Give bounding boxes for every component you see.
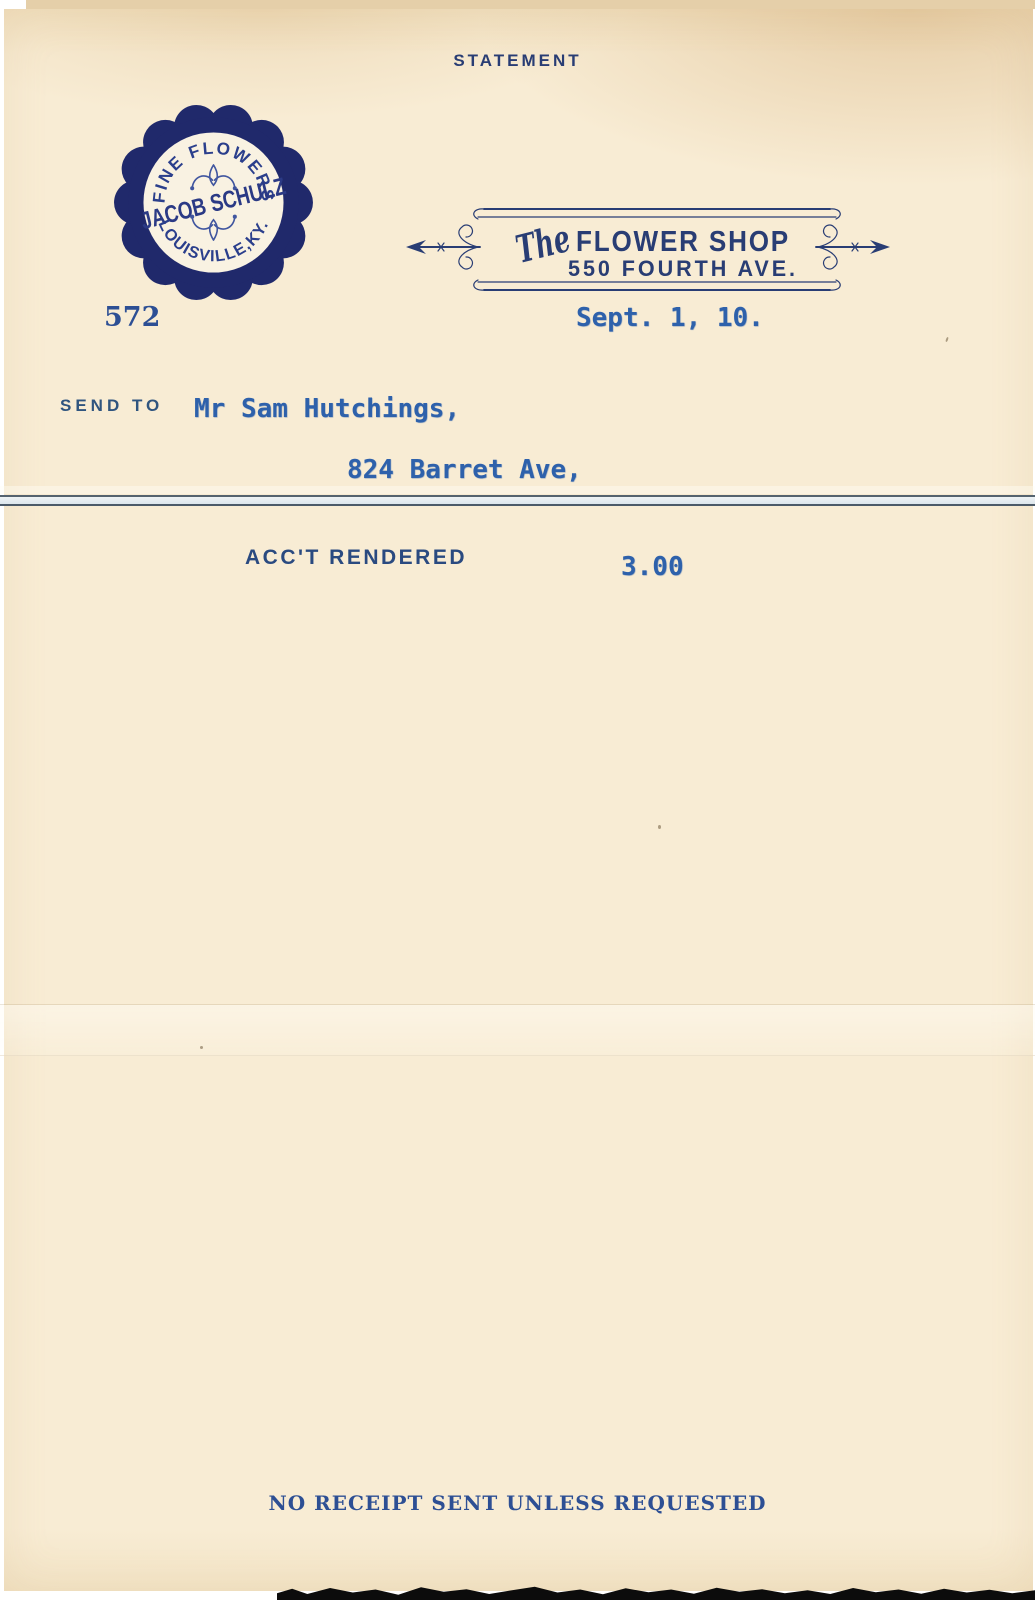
paper-speck (200, 1046, 203, 1049)
recipient-address: 824 Barret Ave, (347, 455, 582, 485)
send-to-label: SEND TO (60, 396, 163, 416)
account-rendered-label: ACC'T RENDERED (245, 546, 467, 570)
banner-shop-name: FLOWER SHOP (576, 226, 790, 258)
banner-shop-address: 550 FOURTH AVE. (568, 256, 798, 281)
paper-fold-crease-upper (0, 486, 1035, 494)
statement-heading: STATEMENT (0, 51, 1035, 71)
shop-seal: FINE FLOWERS JACOB SCHULZ LOUISVILLE,KY. (112, 101, 315, 304)
amount-due: 3.00 (621, 552, 684, 582)
shop-banner: The FLOWER SHOP 550 FOURTH AVE. (402, 196, 894, 302)
banner-arrow-flourish-left (406, 225, 480, 269)
paper-speck (658, 825, 661, 829)
recipient-name: Mr Sam Hutchings, (194, 394, 460, 424)
receipt-notice: NO RECEIPT SENT UNLESS REQUESTED (0, 1491, 1035, 1515)
banner-shop-prefix: The (511, 215, 574, 272)
paper-fold-crease-lower (0, 1004, 1035, 1056)
printed-double-rule (0, 495, 1035, 506)
scan-edge-strip (26, 0, 1035, 9)
statement-serial-number: 572 (104, 302, 160, 333)
statement-date: Sept. 1, 10. (576, 303, 764, 333)
